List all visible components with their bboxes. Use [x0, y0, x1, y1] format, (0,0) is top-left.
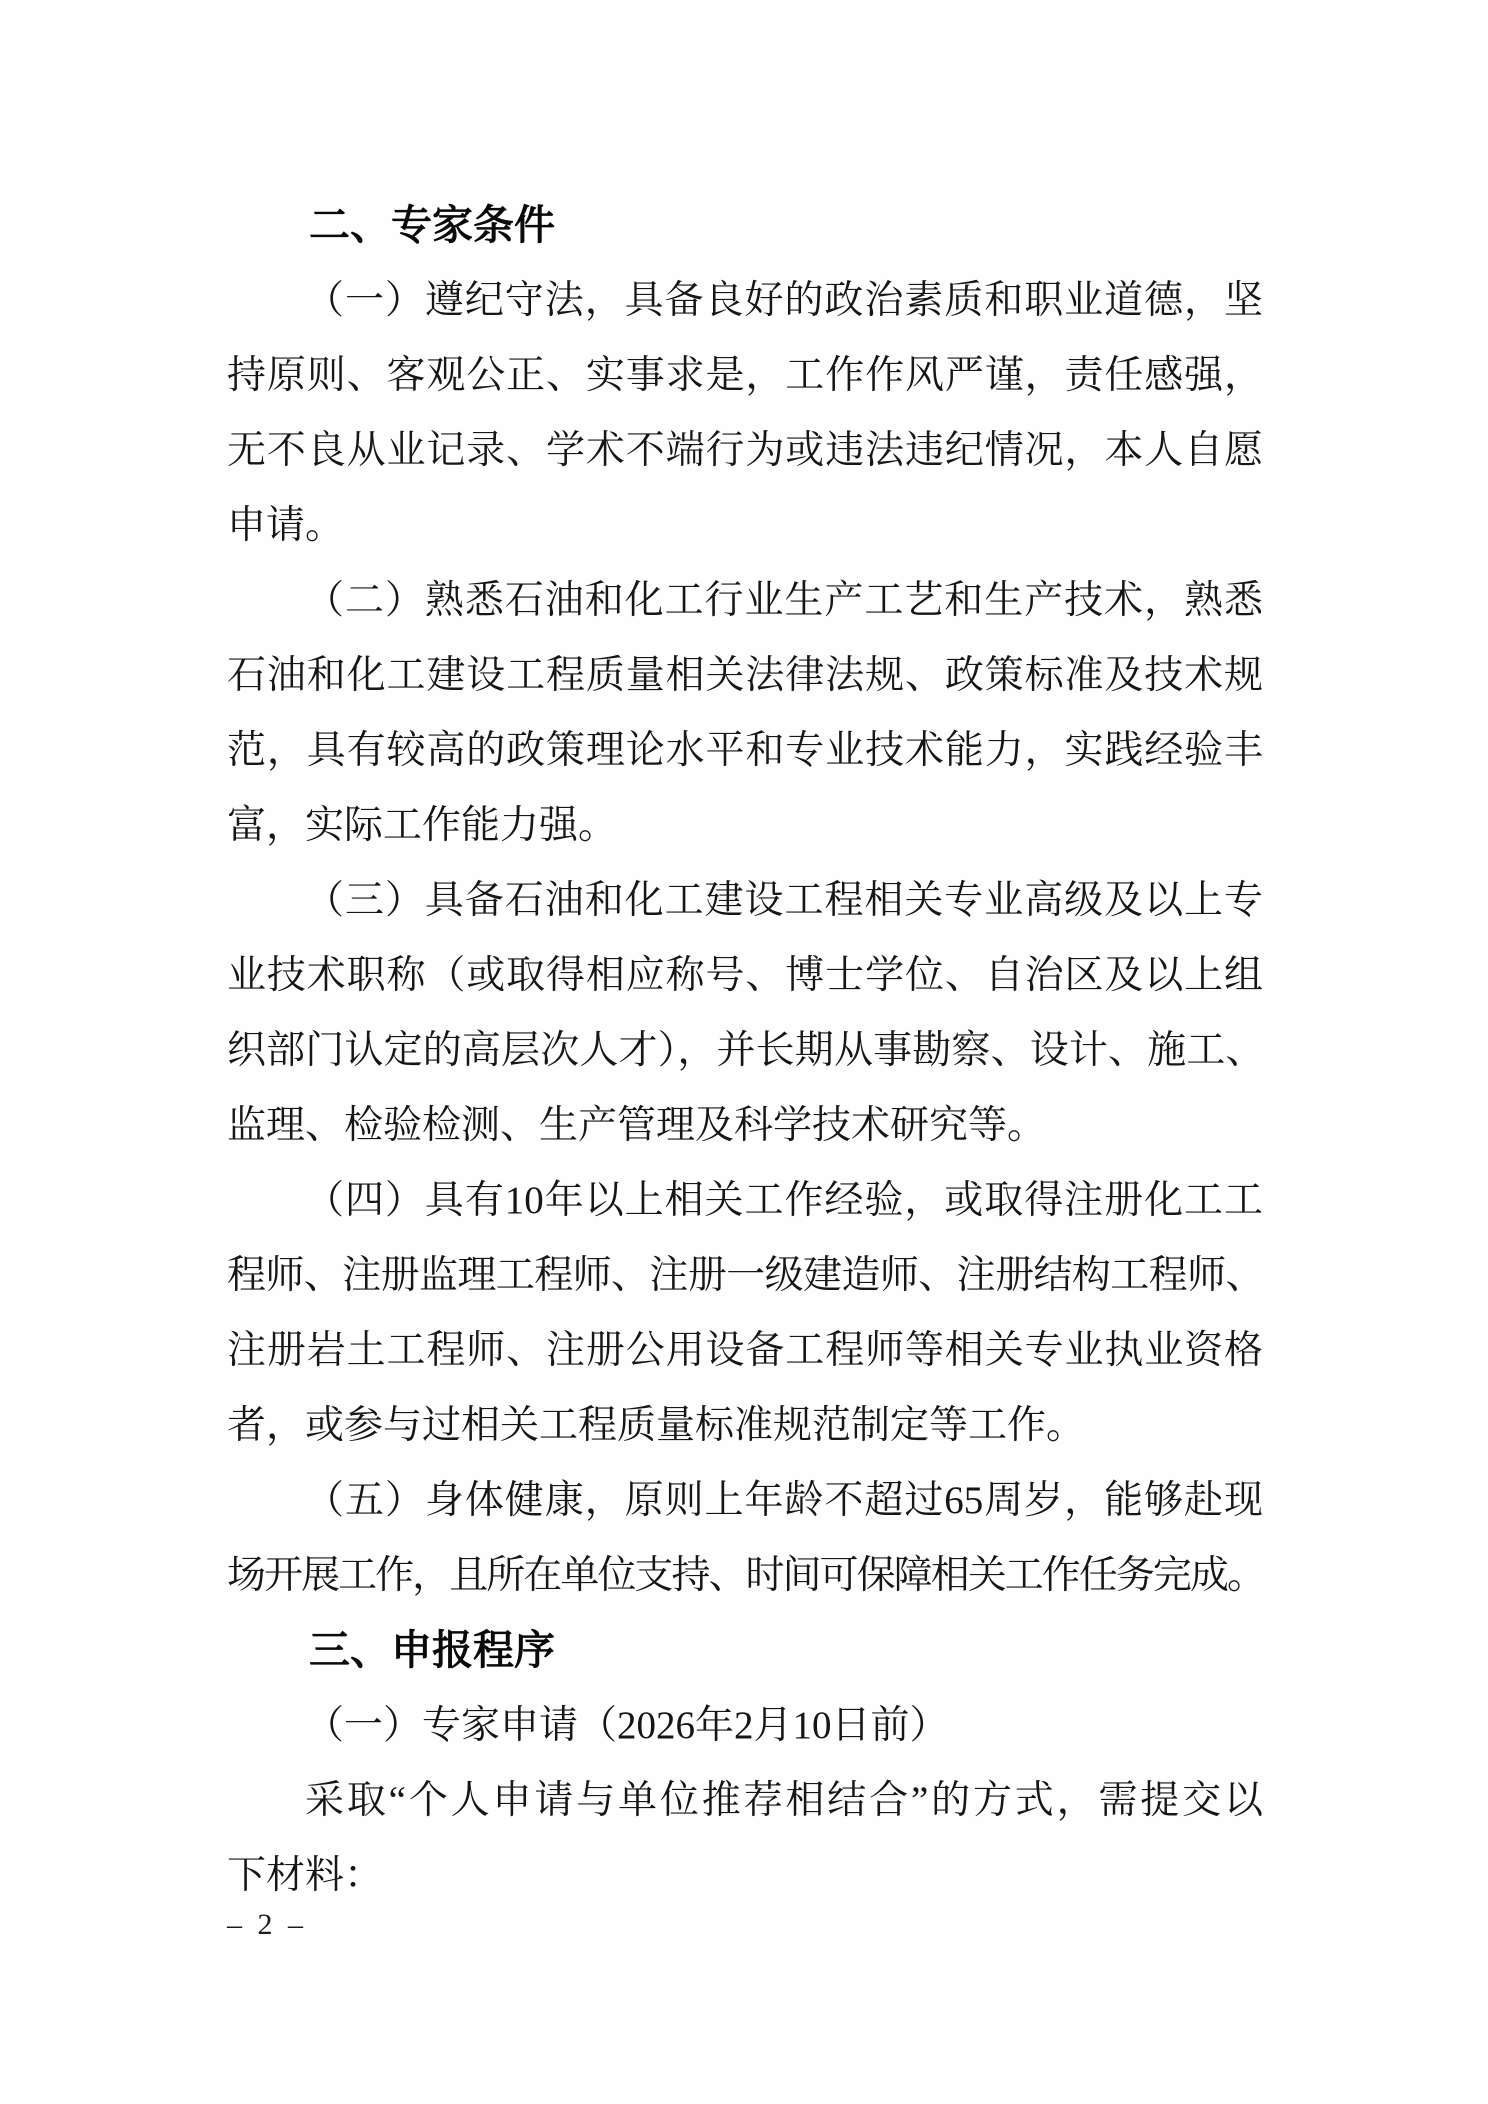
text-line: 程师、注册监理工程师、注册一级建造师、注册结构工程师、: [227, 1238, 1263, 1313]
text-line: 范，具有较高的政策理论水平和专业技术能力，实践经验丰: [227, 713, 1263, 788]
text-line: 富，实际工作能力强。: [227, 788, 1263, 863]
text-line: 申请。: [227, 488, 1263, 563]
text-line: （四）具有10年以上相关工作经验，或取得注册化工工: [227, 1163, 1263, 1238]
text-line: 石油和化工建设工程质量相关法律法规、政策标准及技术规: [227, 638, 1263, 713]
text-line: 者，或参与过相关工程质量标准规范制定等工作。: [227, 1388, 1263, 1463]
document-body: 二、专家条件（一）遵纪守法，具备良好的政治素质和职业道德，坚持原则、客观公正、实…: [227, 188, 1263, 1913]
section-heading: 二、专家条件: [227, 188, 1263, 263]
page-number: – 2 –: [227, 1905, 304, 1945]
text-line: 无不良从业记录、学术不端行为或违法违纪情况，本人自愿: [227, 413, 1263, 488]
text-line: 场开展工作，且所在单位支持、时间可保障相关工作任务完成。: [227, 1538, 1263, 1613]
text-line: 织部门认定的高层次人才），并长期从事勘察、设计、施工、: [227, 1013, 1263, 1088]
text-line: （三）具备石油和化工建设工程相关专业高级及以上专: [227, 863, 1263, 938]
text-line: （五）身体健康，原则上年龄不超过65周岁，能够赴现: [227, 1463, 1263, 1538]
text-line: 监理、检验检测、生产管理及科学技术研究等。: [227, 1088, 1263, 1163]
text-line: （一）遵纪守法，具备良好的政治素质和职业道德，坚: [227, 263, 1263, 338]
text-line: 持原则、客观公正、实事求是，工作作风严谨，责任感强，: [227, 338, 1263, 413]
text-line: 业技术职称（或取得相应称号、博士学位、自治区及以上组: [227, 938, 1263, 1013]
text-line: 采取“个人申请与单位推荐相结合”的方式，需提交以: [227, 1763, 1263, 1838]
text-line: 下材料：: [227, 1838, 1263, 1913]
document-page: 二、专家条件（一）遵纪守法，具备良好的政治素质和职业道德，坚持原则、客观公正、实…: [0, 0, 1488, 2104]
text-line: 注册岩土工程师、注册公用设备工程师等相关专业执业资格: [227, 1313, 1263, 1388]
text-line: （一）专家申请（2026年2月10日前）: [227, 1688, 1263, 1763]
section-heading: 三、申报程序: [227, 1613, 1263, 1688]
text-line: （二）熟悉石油和化工行业生产工艺和生产技术，熟悉: [227, 563, 1263, 638]
